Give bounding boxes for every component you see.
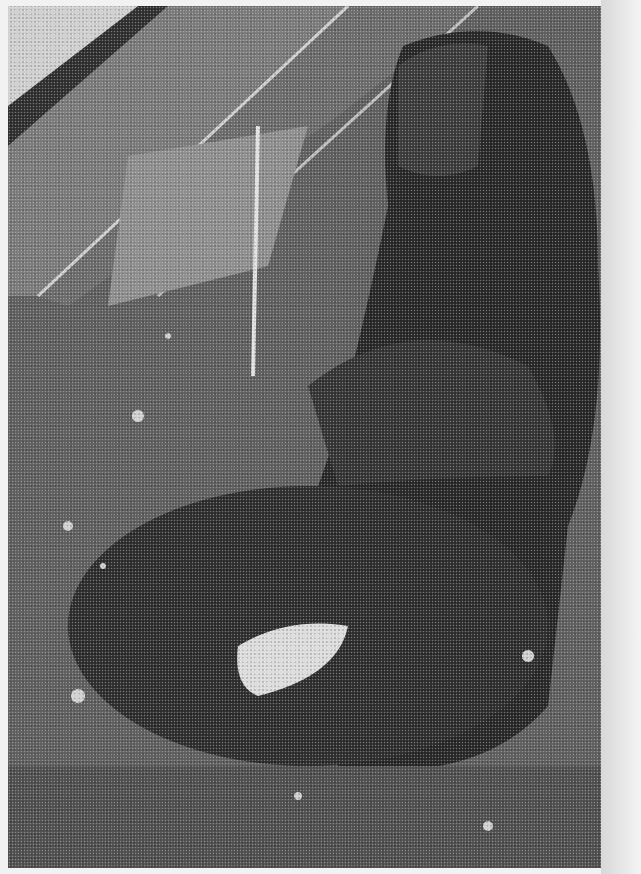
halftone-grain (8, 6, 608, 868)
halftone-photograph (8, 6, 608, 868)
newspaper-photo-frame (0, 0, 641, 874)
paper-margin (601, 0, 641, 874)
